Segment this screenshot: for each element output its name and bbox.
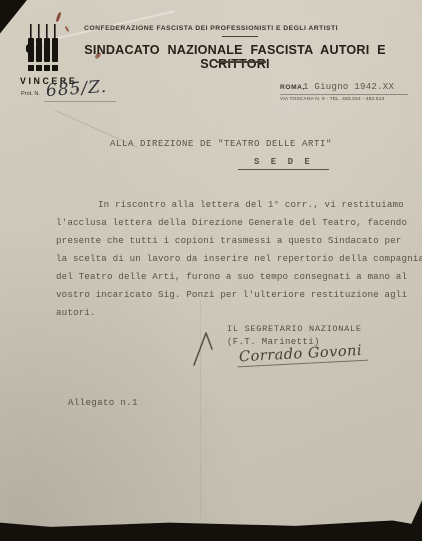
recipient-sede: S E D E bbox=[238, 157, 329, 167]
signature-title: IL SEGRETARIO NAZIONALE bbox=[227, 324, 362, 334]
body-line: autori. bbox=[56, 304, 392, 322]
body-line: vostro incaricato Sig. Ponzi per l'ulter… bbox=[56, 286, 392, 304]
letter-body: In riscontro alla lettera del 1° corr., … bbox=[56, 196, 392, 322]
body-line: In riscontro alla lettera del 1° corr., … bbox=[56, 196, 392, 214]
body-line: del Teatro delle Arti, furono a suo temp… bbox=[56, 268, 392, 286]
fasces-icon bbox=[26, 24, 66, 81]
divider bbox=[222, 36, 258, 37]
attachment-note: Allegato n.1 bbox=[68, 397, 138, 408]
city-label: ROMA, bbox=[280, 84, 305, 91]
protocol-label: Prot. N. bbox=[21, 91, 40, 97]
body-line: presente che tutti i copioni trasmessi a… bbox=[56, 232, 392, 250]
ink-stain bbox=[55, 12, 61, 22]
divider bbox=[216, 61, 266, 63]
letter-paper: CONFEDERAZIONE FASCISTA DEI PROFESSIONIS… bbox=[0, 0, 422, 541]
date-typed: 1 Giugno 1942.XX bbox=[303, 82, 394, 92]
body-line: la scelta di un lavoro da inserire nel r… bbox=[56, 250, 392, 268]
photo-background: CONFEDERAZIONE FASCISTA DEI PROFESSIONIS… bbox=[0, 0, 422, 541]
protocol-underline bbox=[44, 101, 116, 102]
recipient-sede-text: S E D E bbox=[238, 157, 329, 170]
pencil-checkmark-icon bbox=[190, 327, 224, 372]
union-title: SINDACATO NAZIONALE FASCISTA AUTORI E SC… bbox=[70, 43, 400, 71]
date-underline bbox=[280, 94, 408, 95]
address-line: VIA TOSCANA N. 8 - TEL. 483.024 - 483.51… bbox=[280, 97, 384, 102]
body-line: l'acclusa lettera della Direzione Genera… bbox=[56, 214, 392, 232]
protocol-number-handwritten: 685/Z. bbox=[45, 77, 107, 101]
recipient-line: ALLA DIREZIONE DE "TEATRO DELLE ARTI" bbox=[110, 139, 332, 149]
